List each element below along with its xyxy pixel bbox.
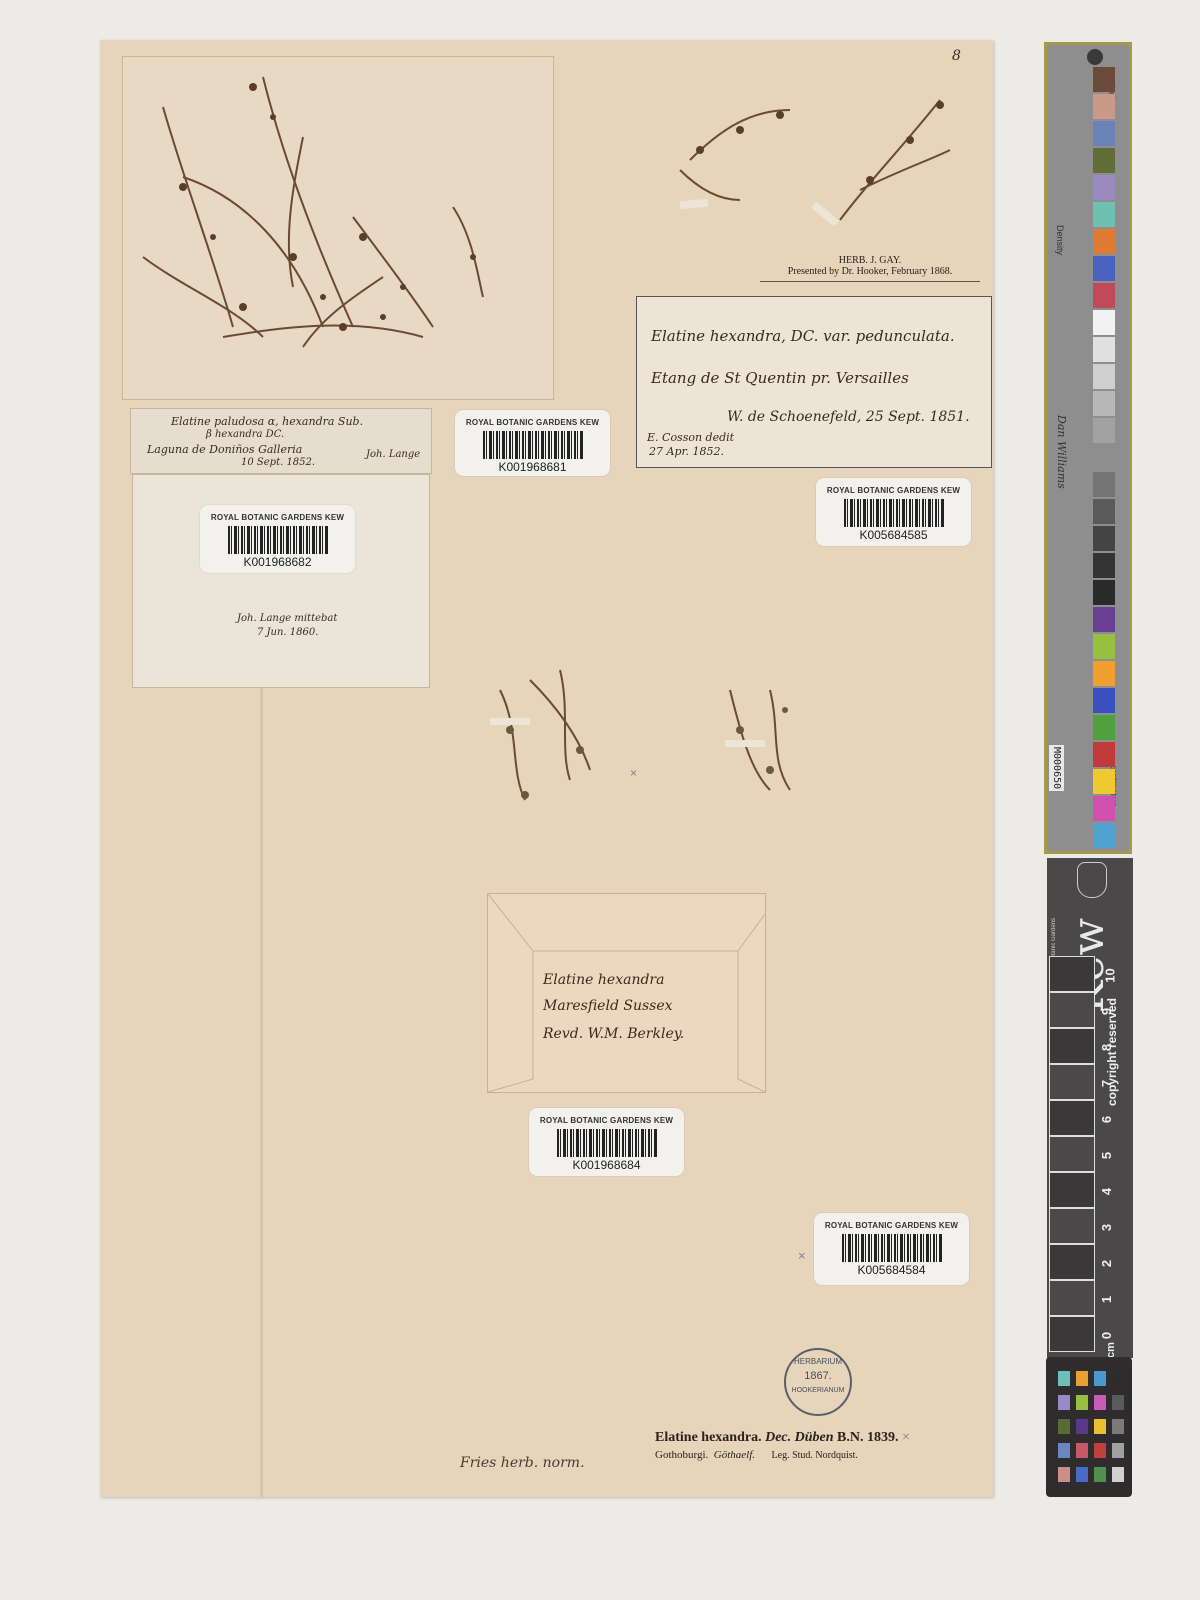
packet-note-line2: 7 Jun. 1860. [257, 627, 318, 638]
dueben-author: Dec. Düben [765, 1430, 833, 1445]
barcode-icon [483, 431, 583, 459]
color-chip [1076, 1443, 1088, 1458]
mark-x: × [630, 766, 637, 780]
color-swatch [1093, 445, 1115, 470]
envelope-line2: Maresfield Sussex [543, 998, 673, 1014]
scale-block [1049, 1316, 1095, 1352]
barcode-institution: ROYAL BOTANIC GARDENS KEW [816, 486, 971, 495]
kew-crest-icon [1077, 862, 1107, 898]
ruler-density-label: Density [1055, 225, 1065, 255]
schoenefeld-line2: Etang de St Quentin pr. Versailles [651, 369, 909, 387]
color-chip [1076, 1467, 1088, 1482]
lange-signature: Joh. Lange [366, 449, 420, 460]
barcode-institution: ROYAL BOTANIC GARDENS KEW [814, 1221, 969, 1230]
color-swatch [1093, 553, 1115, 578]
schoenefeld-label: Elatine hexandra, DC. var. pedunculata. … [636, 296, 992, 468]
dueben-label: Elatine hexandra. Dec. Düben B.N. 1839. … [655, 1430, 910, 1461]
color-chip [1058, 1419, 1070, 1434]
envelope: Elatine hexandra Maresfield Sussex Revd.… [487, 893, 766, 1093]
ruler-brand: Dan Williams [1055, 415, 1068, 489]
color-calibration-ruler: inches Density Dan Williams M000650 cent… [1044, 42, 1132, 854]
color-swatch [1093, 310, 1115, 335]
lange-line3: Laguna de Doniños Galleria [147, 443, 302, 456]
scale-block [1049, 992, 1095, 1028]
scale-number: 7 [1099, 1080, 1114, 1087]
mark-x: × [798, 1248, 806, 1263]
color-chip [1094, 1419, 1106, 1434]
dueben-reference: B.N. 1839. [837, 1430, 898, 1445]
color-swatch [1093, 634, 1115, 659]
scale-number: 5 [1099, 1152, 1114, 1159]
color-chip [1058, 1395, 1070, 1410]
color-swatch [1093, 499, 1115, 524]
dueben-locality: Gothoburgi. [655, 1449, 708, 1461]
color-swatch [1093, 661, 1115, 686]
barcode-number: K001968684 [529, 1158, 684, 1172]
scale-number: 9 [1099, 1008, 1114, 1015]
color-swatch [1093, 256, 1115, 281]
scale-number: 8 [1099, 1044, 1114, 1051]
barcode-label: ROYAL BOTANIC GARDENS KEW K001968682 [200, 505, 355, 573]
sheet-fold-line [260, 685, 263, 1497]
barcode-icon [557, 1129, 657, 1157]
color-chip [1094, 1443, 1106, 1458]
color-chip [1058, 1443, 1070, 1458]
scale-block [1049, 1100, 1095, 1136]
dueben-site: Göthaelf. [714, 1449, 755, 1461]
color-swatch [1093, 148, 1115, 173]
color-chip [1076, 1371, 1088, 1386]
herbarium-hookerianum-stamp: HERBARIUM 1867. HOOKERIANUM [784, 1348, 852, 1416]
packet-note-line1: Joh. Lange mittebat [237, 613, 337, 624]
color-swatch [1093, 391, 1115, 416]
scale-block [1049, 1244, 1095, 1280]
color-swatch [1093, 202, 1115, 227]
sheet-number-annotation: 8 [952, 48, 961, 64]
color-swatch [1093, 472, 1115, 497]
color-swatch [1093, 769, 1115, 794]
color-swatch [1093, 715, 1115, 740]
scale-number: 4 [1099, 1188, 1114, 1195]
color-chip [1094, 1467, 1106, 1482]
barcode-institution: ROYAL BOTANIC GARDENS KEW [455, 418, 610, 427]
color-chip [1058, 1371, 1070, 1386]
color-swatch [1093, 607, 1115, 632]
barcode-label: ROYAL BOTANIC GARDENS KEW K001968681 [455, 410, 610, 476]
color-swatch [1093, 283, 1115, 308]
color-chip [1112, 1467, 1124, 1482]
stamp-bottom-text: HOOKERIANUM [786, 1387, 850, 1394]
color-chip [1076, 1395, 1088, 1410]
barcode-number: K005684584 [814, 1263, 969, 1277]
barcode-institution: ROYAL BOTANIC GARDENS KEW [200, 513, 355, 522]
color-swatch [1093, 94, 1115, 119]
lange-line1: Elatine paludosa α, hexandra Sub. [171, 415, 363, 428]
ruler-dot-icon [1087, 49, 1103, 65]
scale-number: 2 [1099, 1260, 1114, 1267]
envelope-flap-icon [488, 894, 765, 1092]
color-swatch [1093, 526, 1115, 551]
schoenefeld-line3: W. de Schoenefeld, 25 Sept. 1851. [727, 409, 970, 425]
color-chip [1058, 1467, 1070, 1482]
color-swatch [1093, 823, 1115, 848]
envelope-line1: Elatine hexandra [543, 972, 664, 988]
stamp-year: 1867. [786, 1370, 850, 1382]
schoenefeld-line1: Elatine hexandra, DC. var. pedunculata. [651, 327, 955, 345]
scale-block [1049, 1280, 1095, 1316]
scale-number: 1 [1099, 1296, 1114, 1303]
envelope-line3: Revd. W.M. Berkley. [543, 1026, 684, 1042]
specimen-mount-top-left [122, 56, 554, 400]
scale-unit: cm [1105, 1342, 1117, 1358]
scale-block [1049, 1136, 1095, 1172]
dueben-taxon: Elatine hexandra. [655, 1430, 762, 1445]
color-chip [1112, 1395, 1124, 1410]
barcode-label: ROYAL BOTANIC GARDENS KEW K005684585 [816, 478, 971, 546]
scale-block [1049, 1064, 1095, 1100]
herb-gay-line1: HERB. J. GAY. [760, 255, 980, 266]
scale-block [1049, 1028, 1095, 1064]
ruler-serial: M000650 [1049, 745, 1064, 791]
lange-line4: 10 Sept. 1852. [241, 457, 315, 468]
color-swatch [1093, 364, 1115, 389]
color-chip [1112, 1371, 1124, 1386]
kew-scale-bar: Kew Royal Botanic Gardens copyright rese… [1047, 858, 1133, 1358]
barcode-label: ROYAL BOTANIC GARDENS KEW K001968684 [529, 1108, 684, 1176]
barcode-icon [842, 1234, 942, 1262]
scale-number: 6 [1099, 1116, 1114, 1123]
bottom-handwritten-note: Fries herb. norm. [460, 1455, 585, 1471]
color-swatch [1093, 175, 1115, 200]
barcode-icon [844, 499, 944, 527]
mark-x: × [902, 1430, 910, 1445]
color-swatch [1093, 418, 1115, 443]
schoenefeld-line4: E. Cosson dedit [647, 431, 734, 444]
color-swatch [1093, 67, 1115, 92]
color-swatch [1093, 742, 1115, 767]
schoenefeld-line5: 27 Apr. 1852. [649, 445, 724, 458]
color-swatch [1093, 688, 1115, 713]
herb-gay-line2: Presented by Dr. Hooker, February 1868. [760, 266, 980, 277]
lange-label: Elatine paludosa α, hexandra Sub. β hexa… [130, 408, 432, 474]
color-swatch [1093, 796, 1115, 821]
color-swatch [1093, 580, 1115, 605]
scale-block [1049, 1172, 1095, 1208]
lange-line2: β hexandra DC. [206, 429, 284, 440]
color-chip [1094, 1371, 1106, 1386]
color-chip [1112, 1443, 1124, 1458]
scale-number: 10 [1103, 968, 1118, 982]
scale-number: 0 [1099, 1332, 1114, 1339]
color-swatch [1093, 337, 1115, 362]
dried-plant-specimen-icon [470, 650, 810, 820]
barcode-number: K005684585 [816, 528, 971, 542]
color-chip [1112, 1419, 1124, 1434]
barcode-number: K001968682 [200, 555, 355, 569]
dried-plant-specimen-icon [123, 57, 553, 399]
scale-block [1049, 1208, 1095, 1244]
color-chip [1076, 1419, 1088, 1434]
barcode-icon [228, 526, 328, 554]
barcode-label: ROYAL BOTANIC GARDENS KEW K005684584 [814, 1213, 969, 1285]
color-chip [1094, 1395, 1106, 1410]
barcode-institution: ROYAL BOTANIC GARDENS KEW [529, 1116, 684, 1125]
dried-plant-specimen-icon [640, 70, 970, 250]
herb-gay-label: HERB. J. GAY. Presented by Dr. Hooker, F… [760, 255, 980, 282]
dueben-collector: Leg. Stud. Nordquist. [772, 1450, 858, 1461]
color-swatch [1093, 121, 1115, 146]
barcode-number: K001968681 [455, 460, 610, 474]
color-swatch [1093, 229, 1115, 254]
color-checker-card [1046, 1357, 1132, 1497]
scale-block [1049, 956, 1095, 992]
scale-number: 3 [1099, 1224, 1114, 1231]
stamp-top-text: HERBARIUM [786, 1357, 850, 1366]
